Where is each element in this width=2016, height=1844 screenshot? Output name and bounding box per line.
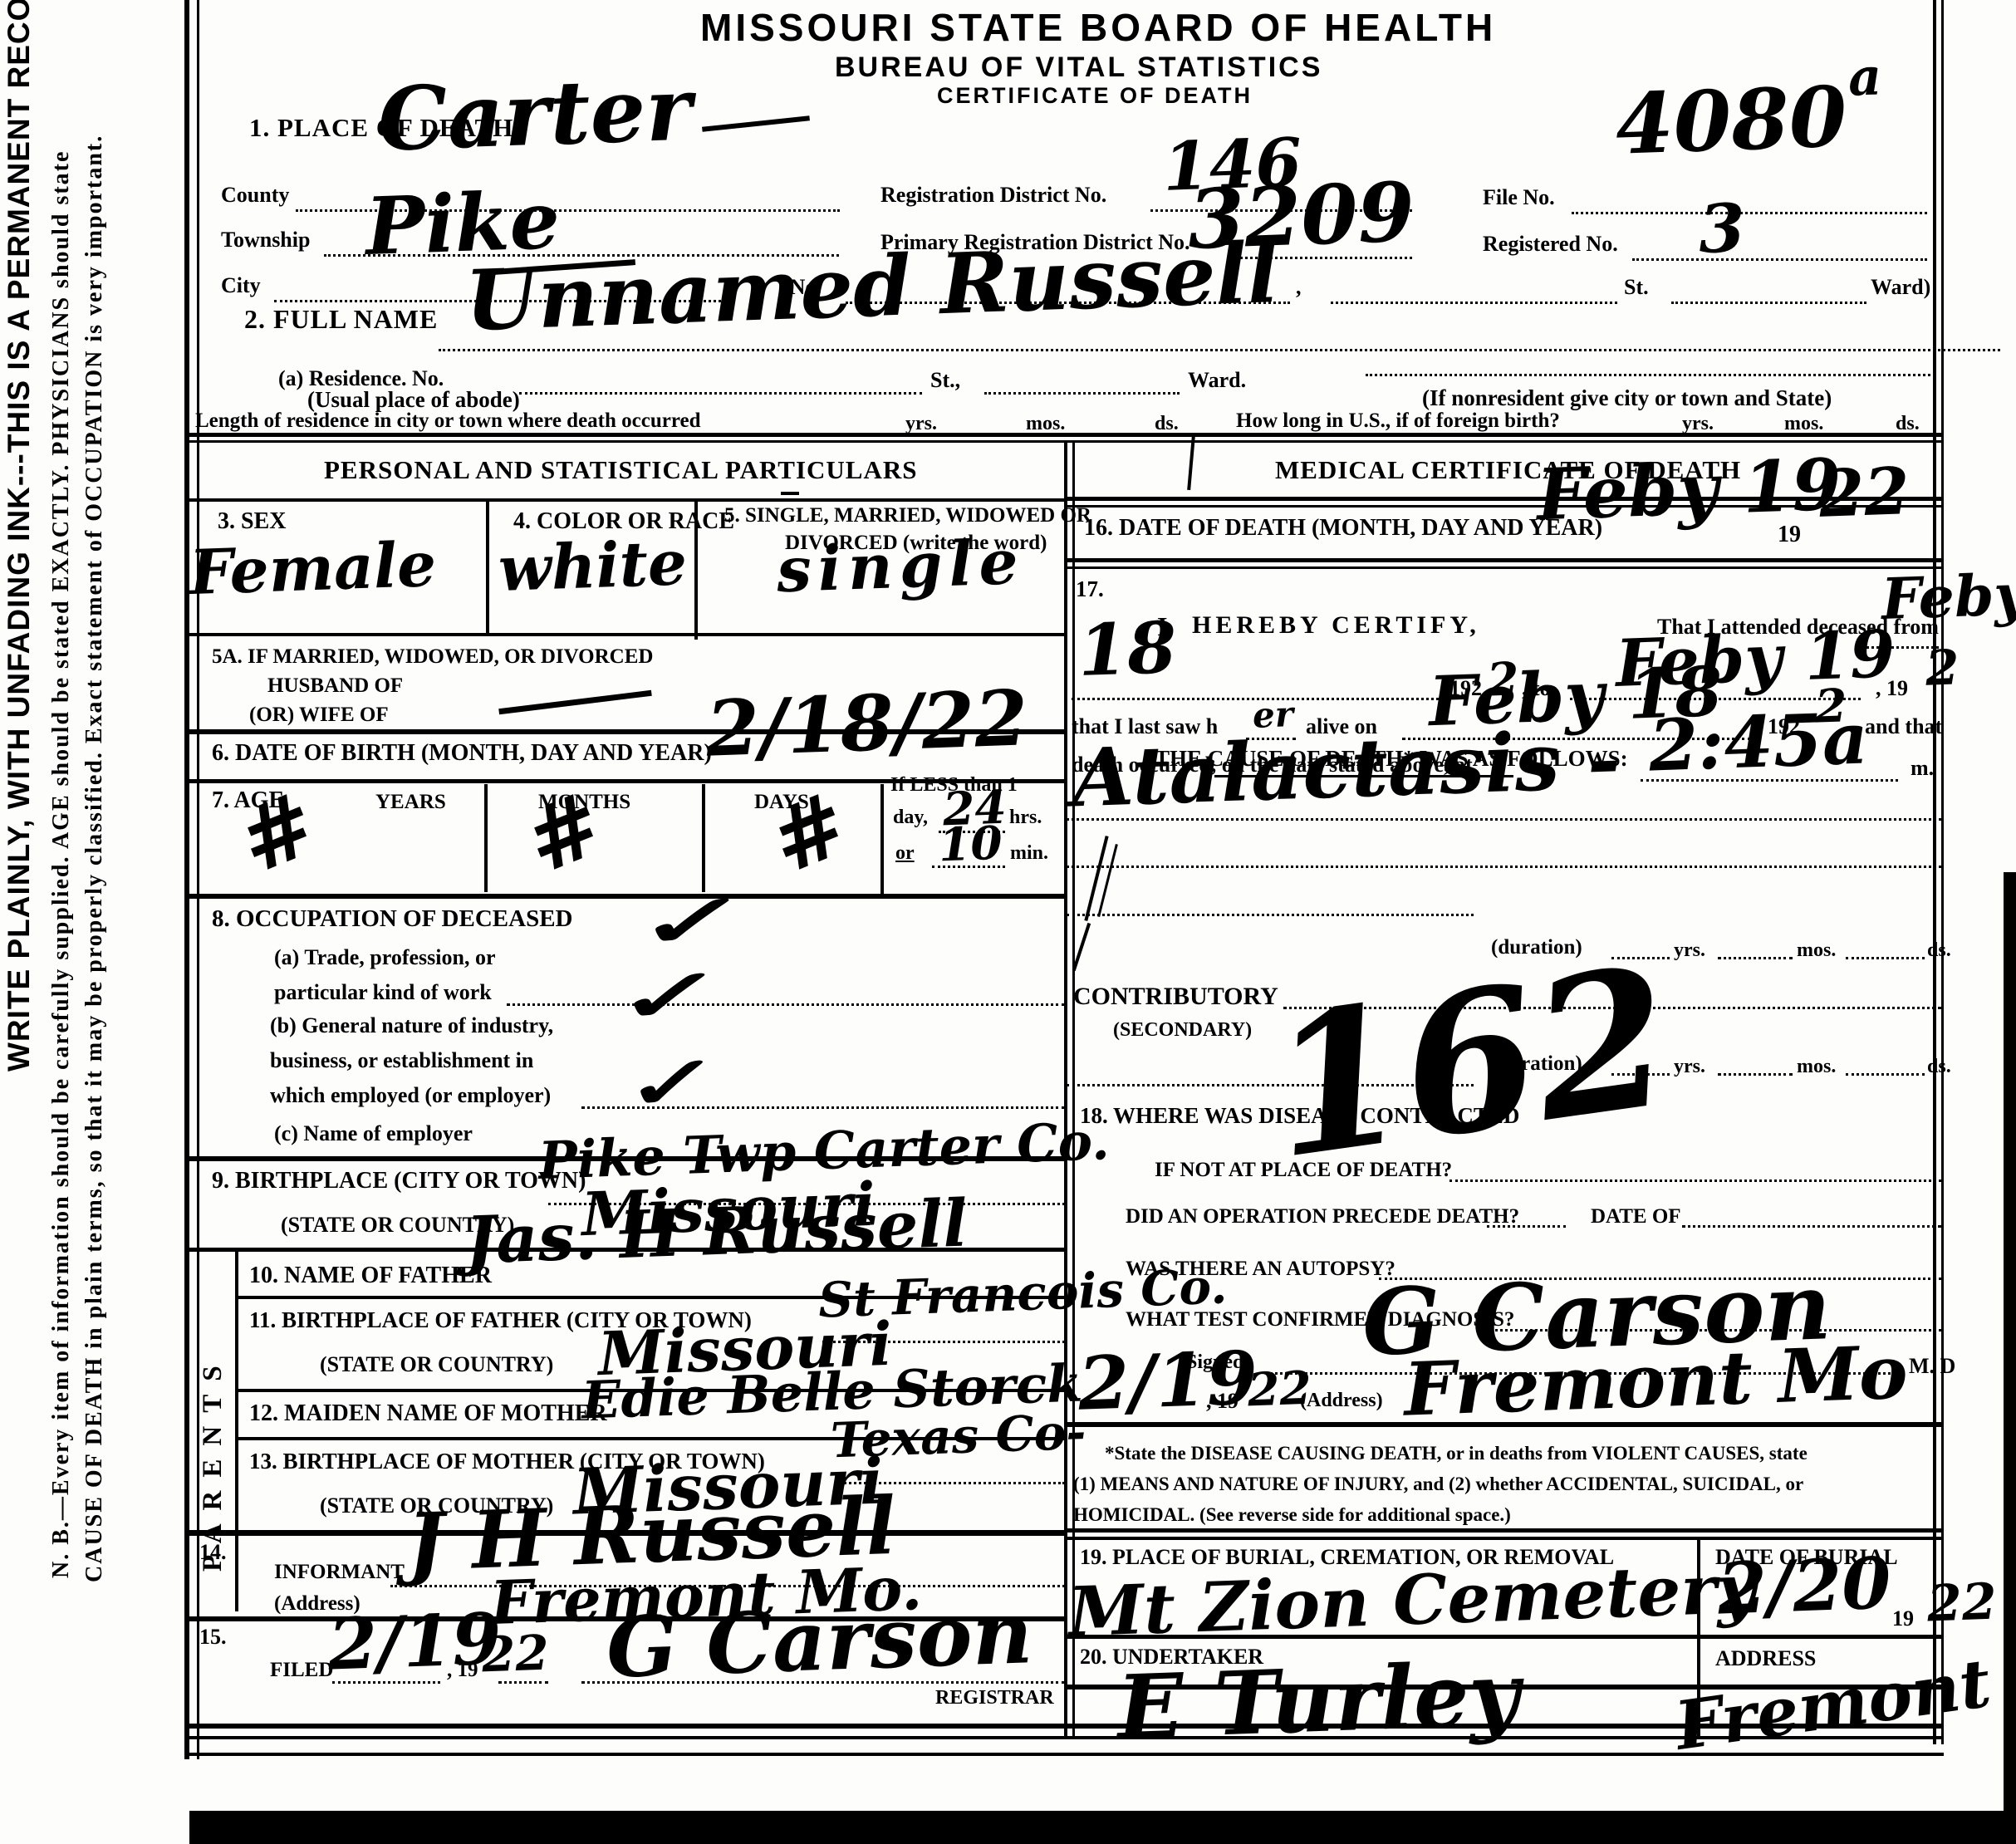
date-of-death-19: 19 <box>1778 523 1801 547</box>
occupation-a-checkmark: ✓ <box>617 886 747 959</box>
day-label: day, <box>893 807 928 827</box>
age-divider-2 <box>702 784 705 892</box>
dateof-dotted <box>1682 1225 1941 1228</box>
howlong-us-label: How long in U.S., if of foreign birth? <box>1236 410 1560 431</box>
registered-no-value: 3 <box>1698 194 1746 262</box>
county-label: County <box>221 184 289 206</box>
age-divider-1 <box>484 784 488 892</box>
place-of-death-dash-mark <box>702 115 810 132</box>
cause-stray-mark-3 <box>1072 923 1091 971</box>
burial-year-value: 22 <box>1926 1577 1998 1630</box>
secondary-label: (SECONDARY) <box>1113 1020 1252 1040</box>
duration2-dotted-b <box>1718 1073 1793 1076</box>
footnote-line3: HOMICIDAL. (See reverse side for additio… <box>1073 1505 1511 1524</box>
scan-bottom-artifact <box>189 1811 2016 1844</box>
contributory-label: CONTRIBUTORY <box>1073 984 1278 1009</box>
burial-header-rule-a <box>1067 1528 1941 1533</box>
personal-title-tick <box>781 492 799 495</box>
howlong-ds-label: ds. <box>1896 414 1920 434</box>
md-label: M. D <box>1909 1356 1955 1377</box>
certify-label: HEREBY CERTIFY, <box>1192 613 1480 638</box>
attended-from-month: Feby <box>1881 566 2016 628</box>
attended-to-year: 2 <box>1925 643 1960 692</box>
min-dotted <box>932 866 1005 868</box>
occupation-b-checkmark: ✓ <box>597 961 722 1034</box>
operation-label: DID AN OPERATION PRECEDE DEATH? <box>1126 1206 1519 1227</box>
full-name-label: 2. FULL NAME <box>244 306 438 332</box>
length-residence-label: Length of residence in city or town wher… <box>195 410 701 431</box>
board-title: MISSOURI STATE BOARD OF HEALTH <box>700 8 1496 47</box>
birthplace-label: 9. BIRTHPLACE (CITY OR TOWN) <box>212 1170 586 1193</box>
dateof-label: DATE OF <box>1591 1206 1681 1227</box>
undertaker-address-label: ADDRESS <box>1715 1648 1816 1670</box>
city-street-dotted <box>1331 302 1617 304</box>
signed-address-label: (Address) <box>1300 1390 1383 1410</box>
file-no-suffix: a <box>1847 51 1882 103</box>
occupation-b-line1: (b) General nature of industry, <box>270 1015 553 1037</box>
nonresident-label: (If nonresident give city or town and St… <box>1422 387 1832 410</box>
occupation-a-line1: (a) Trade, profession, or <box>274 947 496 969</box>
footnote-line1: *State the DISEASE CAUSING DEATH, or in … <box>1105 1444 1808 1463</box>
registration-district-label: Registration District No. <box>880 184 1106 206</box>
color-race-value: white <box>498 532 688 601</box>
margin-note-permanent-record: WRITE PLAINLY, WITH UNFADING INK---THIS … <box>3 0 34 1072</box>
bureau-subtitle: BUREAU OF VITAL STATISTICS <box>835 53 1322 81</box>
father-name-label: 10. NAME OF FATHER <box>249 1264 492 1287</box>
death-m-label: m. <box>1911 758 1934 779</box>
burial-mid-rule <box>1067 1635 1941 1639</box>
burial-date-value: 2/20 <box>1717 1548 1892 1625</box>
duration1-dotted-b <box>1718 957 1793 959</box>
file-no-label: File No. <box>1483 187 1555 208</box>
or-label: or <box>895 843 915 863</box>
city-label: City <box>221 275 261 297</box>
footnote-line2: (1) MEANS AND NATURE OF INJURY, and (2) … <box>1073 1474 1803 1493</box>
burial-19-year-label: 19 <box>1892 1608 1914 1630</box>
residence-st-dotted <box>984 392 1180 395</box>
filed-label: FILED <box>270 1660 333 1680</box>
undertaker-value: E Turley <box>1116 1650 1521 1752</box>
filed-year-value: 22 <box>481 1629 550 1680</box>
duration1-mos: mos. <box>1797 940 1836 960</box>
duration1-dotted-c <box>1846 957 1925 959</box>
informant-label: INFORMANT <box>274 1562 405 1582</box>
item-17-number: 17. <box>1076 578 1104 601</box>
file-no-value: 4080 <box>1614 75 1848 166</box>
duration2-dotted-a <box>1611 1073 1670 1076</box>
duration1-yrs: yrs. <box>1674 940 1705 960</box>
parents-box-divider <box>235 1248 238 1611</box>
date-of-birth-value: 2/18/22 <box>705 679 1029 767</box>
where-contracted-label: 18. WHERE WAS DISEASE CONTRACTED <box>1080 1105 1519 1127</box>
occupation-b-line3: which employed (or employer) <box>270 1085 551 1106</box>
parents-label: PARENTS <box>199 1352 227 1572</box>
residence-right-dotted <box>1366 374 1935 376</box>
residence-no-dotted <box>519 392 922 395</box>
sex-label: 3. SEX <box>218 510 286 533</box>
residence-ward-label: Ward. <box>1188 370 1246 391</box>
duration2-yrs: yrs. <box>1674 1057 1705 1076</box>
spouse-dash-mark <box>498 690 651 714</box>
signed-address-value: Fremont Mo <box>1403 1335 1909 1425</box>
city-ward-label: Ward) <box>1871 277 1930 298</box>
howlong-mos-label: mos. <box>1784 414 1823 434</box>
sex-row-rule <box>189 633 1067 636</box>
full-name-value: Unnamed Russell <box>464 231 1280 342</box>
occupation-label: 8. OCCUPATION OF DECEASED <box>212 907 573 931</box>
wife-of-label: (OR) WIFE OF <box>249 704 389 725</box>
marital-label-line1: 5. SINGLE, MARRIED, WIDOWED OR <box>724 505 1091 526</box>
burial-place-value: Mt Zion Cemetery <box>1067 1555 1758 1647</box>
burial-header-rule-b <box>1067 1537 1941 1540</box>
date-of-death-year: 22 <box>1818 459 1911 527</box>
city-st-label: St. <box>1624 277 1649 298</box>
age-years-mark: # <box>228 778 328 886</box>
cause-dotted-3 <box>1067 914 1474 916</box>
occupation-b-line2: business, or establishment in <box>270 1050 533 1072</box>
certificate-title: CERTIFICATE OF DEATH <box>937 85 1253 107</box>
howlong-yrs-label: yrs. <box>1682 414 1714 434</box>
duration2-mos: mos. <box>1797 1057 1836 1076</box>
cause-dotted-1 <box>1067 818 1941 821</box>
sex-color-divider <box>486 502 489 633</box>
attended-from-day: 18 <box>1077 613 1178 687</box>
margin-note-cause: CAUSE OF DEATH in plain terms, so that i… <box>83 135 106 1582</box>
registrar-signature: G Carson <box>605 1591 1033 1690</box>
date-of-death-label: 16. DATE OF DEATH (MONTH, DAY AND YEAR) <box>1084 517 1602 540</box>
marital-value: single <box>776 532 1026 601</box>
township-label: Township <box>221 229 310 251</box>
form-right-border-inner <box>1933 0 1936 1744</box>
if-married-label: 5A. IF MARRIED, WIDOWED, OR DIVORCED <box>212 646 653 667</box>
length-mos-label: mos. <box>1026 414 1065 434</box>
death-time-value: 2:45a <box>1648 704 1870 782</box>
date-of-death-value: Feby 19 <box>1536 450 1842 532</box>
length-ds-label: ds. <box>1155 414 1179 434</box>
item-15-number: 15. <box>199 1626 227 1648</box>
husband-of-label: HUSBAND OF <box>267 675 403 696</box>
duration2-label: (duration) <box>1491 1053 1582 1074</box>
autopsy-label: WAS THERE AN AUTOPSY? <box>1126 1258 1396 1279</box>
date-of-birth-label: 6. DATE OF BIRTH (MONTH, DAY AND YEAR) <box>212 742 712 765</box>
duration2-ds: ds. <box>1927 1057 1951 1076</box>
father-name-value: Jas. H Russell <box>464 1191 969 1273</box>
center-divider-inner <box>1072 440 1075 1736</box>
min-value: 10 <box>938 820 1003 868</box>
filed-date-value: 2/19 <box>327 1604 503 1680</box>
contributory-scrawl: 162 <box>1259 941 1680 1186</box>
occupation-c-label: (c) Name of employer <box>274 1123 473 1145</box>
personal-title-rule <box>189 498 1067 502</box>
file-no-dotted <box>1572 212 1927 214</box>
registered-no-label: Registered No. <box>1483 233 1618 255</box>
age-divider-3 <box>880 784 884 894</box>
duration2-dotted-c <box>1846 1073 1925 1076</box>
form-left-border-outer <box>184 0 189 1759</box>
min-label: min. <box>1010 843 1048 863</box>
hrs-label: hrs. <box>1009 807 1042 827</box>
father-bp-state-label: (STATE OR COUNTRY) <box>320 1354 553 1376</box>
attended-19b-label: , 19 <box>1876 678 1908 699</box>
section-divider-line-1 <box>189 433 1942 437</box>
color-marital-divider <box>694 502 698 640</box>
occupation-a-dotted <box>507 1003 1065 1006</box>
stray-pen-stroke <box>1187 436 1195 490</box>
ifnot-dotted <box>1449 1179 1941 1182</box>
dod-row-rule-1 <box>1067 558 1941 562</box>
county-value-handwriting: Carter <box>376 65 693 163</box>
abode-label: (Usual place of abode) <box>307 389 520 411</box>
duration1-ds: ds. <box>1927 940 1951 960</box>
full-name-dotted <box>439 349 2000 351</box>
length-yrs-label: yrs. <box>905 414 937 434</box>
occupation-c-checkmark: ✓ <box>608 1048 718 1121</box>
form-right-border-outer <box>1941 0 1944 1744</box>
item-14-number: 14. <box>199 1542 227 1563</box>
age-days-mark: # <box>759 778 860 886</box>
residence-st-label: St., <box>930 370 960 391</box>
cause-dotted-2 <box>1067 866 1941 868</box>
registrar-label: REGISTRAR <box>935 1688 1054 1708</box>
contributory-dotted-2 <box>1067 1084 1474 1086</box>
city-comma-label: , <box>1296 277 1302 298</box>
mother-name-label: 12. MAIDEN NAME OF MOTHER <box>249 1402 607 1425</box>
operation-dotted <box>1487 1225 1566 1228</box>
signed-row-rule <box>1067 1422 1941 1427</box>
signed-19-label: , 19 <box>1206 1390 1239 1412</box>
age-years-label: YEARS <box>375 792 446 812</box>
personal-section-title: PERSONAL AND STATISTICAL PARTICULARS <box>324 457 918 483</box>
sex-value: Female <box>189 534 437 604</box>
ifnot-label: IF NOT AT PLACE OF DEATH? <box>1155 1160 1452 1180</box>
occupation-a-line2: particular kind of work <box>274 982 492 1003</box>
cause-of-death-value: Atalactasis - <box>1071 719 1622 818</box>
registered-no-dotted <box>1632 258 1927 261</box>
city-ward-dotted <box>1671 302 1866 304</box>
margin-note-nb: N. B.—Every item of information should b… <box>50 150 73 1578</box>
cause-stray-mark-1 <box>1084 836 1108 921</box>
dod-row-rule-2 <box>1067 566 1941 569</box>
death-certificate-scan: WRITE PLAINLY, WITH UNFADING INK---THIS … <box>0 0 2016 1844</box>
